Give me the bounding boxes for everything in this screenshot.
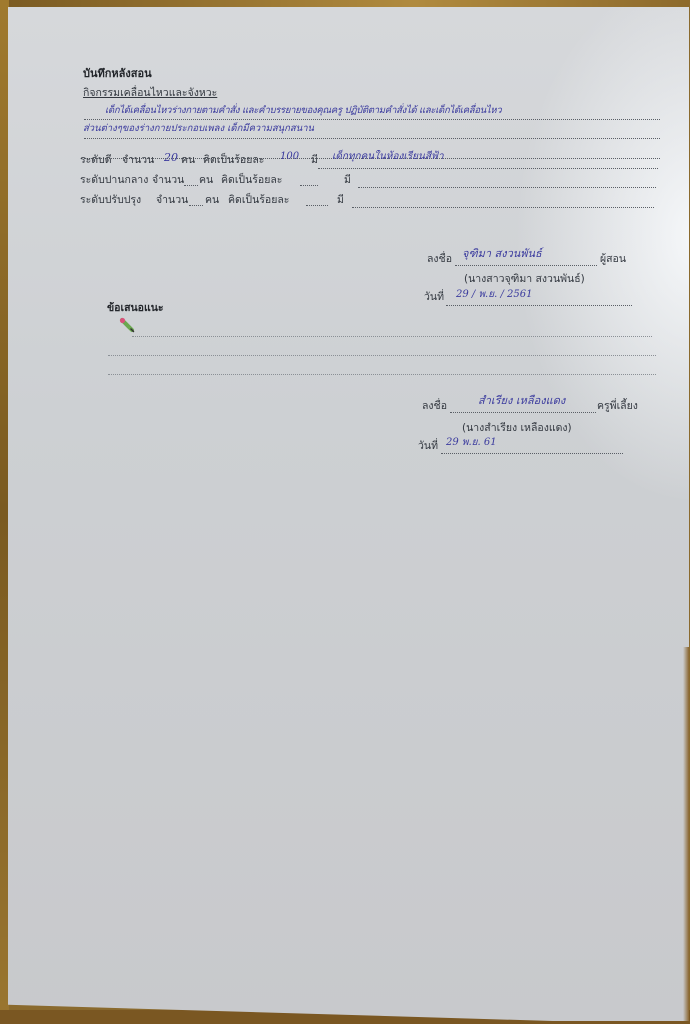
printed-name: (นางสำเรียง เหลืองแดง) [462, 423, 572, 434]
activity-note-line-1: เด็กได้เคลื่อนไหวร่างกายตามคำสั่ง และคำบ… [105, 106, 501, 116]
printed-name: (นางสาวจุฑิมา สงวนพันธ์) [464, 274, 585, 285]
have-value: เด็กทุกคนในห้องเรียนสีฟ้า [332, 152, 444, 162]
pencil-icon [119, 317, 135, 333]
suggestion-line [108, 355, 656, 356]
level-label: ระดับดี [80, 155, 112, 166]
sign-label: ลงชื่อ [422, 401, 447, 412]
activity-heading: กิจกรรมเคลื่อนไหวและจังหวะ [83, 88, 217, 99]
percent-value: 100 [280, 152, 299, 162]
count-label: จำนวน [156, 195, 188, 206]
role-label: ครูพี่เลี้ยง [597, 401, 638, 412]
writing-line [318, 168, 658, 169]
count-blank [189, 205, 203, 206]
have-label: มี [337, 195, 344, 206]
suggestion-line [132, 336, 652, 337]
percent-label: คิดเป็นร้อยละ [228, 195, 289, 206]
count-value: 20 [164, 152, 178, 163]
signature-line [455, 265, 597, 266]
signature-line [450, 412, 596, 413]
teacher-signature: จุฑิมา สงวนพันธ์ [462, 248, 542, 259]
date-line [441, 453, 623, 454]
have-label: มี [344, 175, 351, 186]
mentor-date: 29 พ.ย. 61 [446, 438, 497, 448]
role-label: ผู้สอน [600, 254, 626, 265]
have-label: มี [311, 155, 318, 166]
sign-label: ลงชื่อ [427, 254, 452, 265]
document-title: บันทึกหลังสอน [83, 68, 152, 79]
unit-label: คน [199, 175, 213, 186]
percent-blank [300, 185, 318, 186]
level-label: ระดับปรับปรุง [80, 195, 141, 206]
percent-label: คิดเป็นร้อยละ [221, 175, 282, 186]
writing-line [84, 138, 660, 139]
count-label: จำนวน [122, 155, 154, 166]
teacher-date: 29 / พ.ย. / 2561 [456, 290, 532, 300]
mentor-signature: สำเรียง เหลืองแดง [478, 395, 565, 406]
percent-blank [306, 205, 328, 206]
suggestions-heading: ข้อเสนอแนะ [107, 303, 164, 314]
count-label: จำนวน [152, 175, 184, 186]
date-label: วันที่ [424, 292, 444, 303]
suggestion-line [108, 374, 656, 375]
writing-line [352, 207, 654, 208]
date-label: วันที่ [418, 441, 438, 452]
level-label: ระดับปานกลาง [80, 175, 148, 186]
unit-label: คน [205, 195, 219, 206]
percent-label: คิดเป็นร้อยละ [203, 155, 264, 166]
activity-note-line-2: ส่วนต่างๆของร่างกายประกอบเพลง เด็กมีความ… [83, 124, 314, 134]
writing-line [84, 119, 660, 120]
unit-label: คน [181, 155, 195, 166]
post-teaching-record: บันทึกหลังสอน กิจกรรมเคลื่อนไหวและจังหวะ… [0, 0, 690, 1024]
count-blank [184, 185, 198, 186]
date-line [446, 305, 632, 306]
writing-line [358, 187, 656, 188]
